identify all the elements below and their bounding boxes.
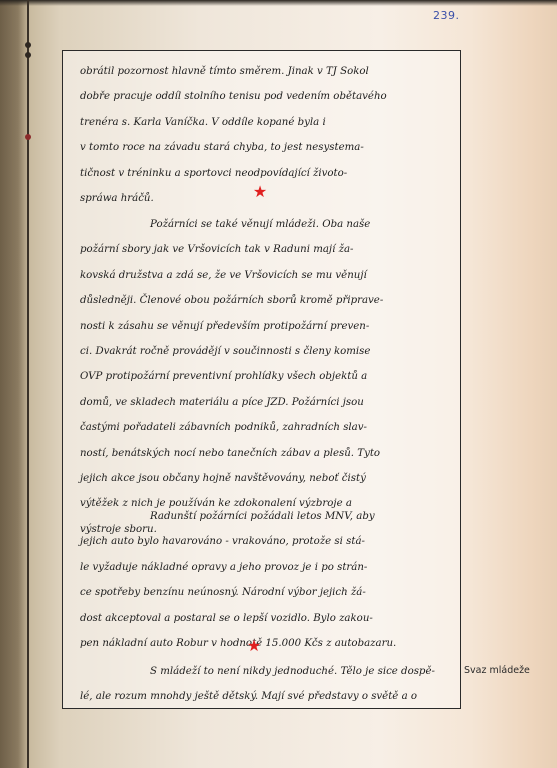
text-line: důsledněji. Členové obou požárních sborů…	[80, 288, 452, 313]
text-line: pen nákladní auto Robur v hodnotě 15.000…	[80, 631, 452, 656]
text-line: dost akceptoval a postaral se o lepší vo…	[80, 606, 452, 631]
text-line: jejich akce jsou občany hojně navštěvová…	[80, 466, 452, 491]
binding-stitch	[25, 134, 31, 140]
text-line: ce spotřeby benzínu neúnosný. Národní vý…	[80, 580, 452, 605]
text-line: dobře pracuje oddíl stolního tenisu pod …	[80, 84, 452, 109]
text-line: Požárníci se také věnují mládeži. Oba na…	[80, 212, 452, 237]
red-star-icon: ★	[252, 184, 268, 200]
text-line: jejich auto bylo havarováno - vrakováno,…	[80, 529, 452, 554]
paragraph-firefighters: Požárníci se také věnují mládeži. Oba na…	[80, 212, 452, 542]
text-line: v tomto roce na závadu stará chyba, to j…	[80, 135, 452, 160]
paragraph-youth: S mládeží to není nikdy jednoduché. Tělo…	[80, 659, 452, 710]
book-binding	[27, 0, 29, 768]
margin-note-youth-union: Svaz mládeže	[464, 665, 530, 676]
text-line: lé, ale rozum mnohdy ještě dětský. Mají …	[80, 684, 452, 709]
binding-stitch	[25, 42, 31, 48]
text-line: ci. Dvakrát ročně provádějí v součinnost…	[80, 339, 452, 364]
text-line: OVP protipožární preventivní prohlídky v…	[80, 364, 452, 389]
red-star-icon: ★	[246, 638, 262, 654]
text-line: kovská družstva a zdá se, že ve Vršovicí…	[80, 263, 452, 288]
text-line: domů, ve skladech materiálu a píce JZD. …	[80, 390, 452, 415]
text-line: ností, benátských nocí nebo tanečních zá…	[80, 441, 452, 466]
page-number: 239.	[433, 9, 460, 22]
page-top-shadow	[0, 0, 557, 6]
text-line: Radunští požárníci požádali letos MNV, a…	[80, 504, 452, 529]
text-line: častými pořadateli zábavních podniků, za…	[80, 415, 452, 440]
text-line: nosti k zásahu se věnují především proti…	[80, 314, 452, 339]
paragraph-radun-firefighters: Radunští požárníci požádali letos MNV, a…	[80, 504, 452, 656]
text-line: obrátil pozornost hlavně tímto směrem. J…	[80, 59, 452, 84]
text-line: požární sbory jak ve Vršovicích tak v Ra…	[80, 237, 452, 262]
text-line: trenéra s. Karla Vaníčka. V oddíle kopan…	[80, 110, 452, 135]
text-line: le vyžaduje nákladné opravy a jeho provo…	[80, 555, 452, 580]
binding-stitch	[25, 52, 31, 58]
text-line: S mládeží to není nikdy jednoduché. Tělo…	[80, 659, 452, 684]
